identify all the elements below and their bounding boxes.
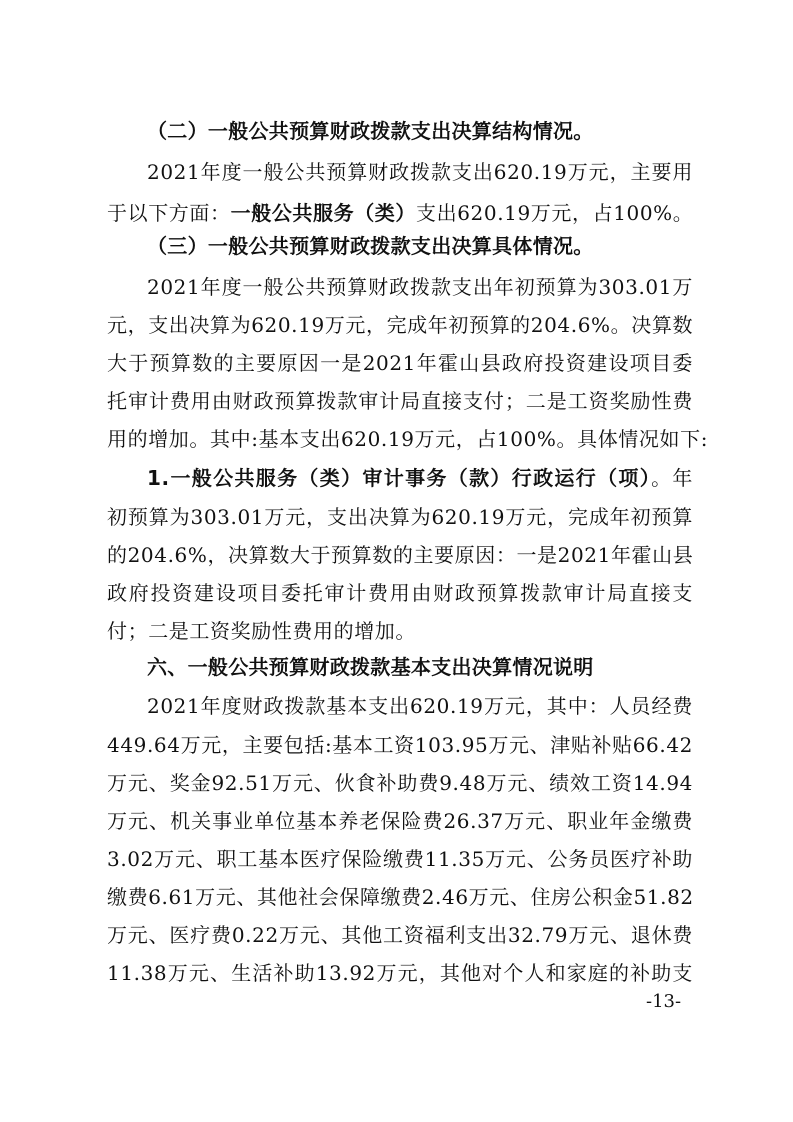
paragraph-line: 初预算为303.01万元，支出决算为620.19万元，完成年初预算 (107, 503, 693, 531)
paragraph-line: 付；二是工资奖励性费用的增加。 (107, 617, 693, 645)
paragraph-line: 万元、医疗费0.22万元、其他工资福利支出32.79万元、退休费 (107, 921, 693, 949)
section-heading-3: （三）一般公共预算财政拨款支出决算具体情况。 (147, 232, 693, 260)
paragraph-line: 万元、机关事业单位基本养老保险费26.37万元、职业年金缴费 (107, 807, 693, 835)
paragraph-line: 2021年度一般公共预算财政拨款支出年初预算为303.01万 (147, 273, 693, 301)
paragraph-line: 2021年度财政拨款基本支出620.19万元，其中：人员经费 (147, 692, 693, 720)
category-label: 一般公共服务（类） (231, 201, 416, 225)
paragraph-line: 11.38万元、生活补助13.92万元，其他对个人和家庭的补助支 (107, 959, 693, 987)
paragraph-line: 2021年度一般公共预算财政拨款支出620.19万元，主要用 (147, 158, 693, 186)
item-title-line: 1.一般公共服务（类）审计事务（款）行政运行（项）。年 (147, 464, 693, 492)
paragraph-line: 缴费6.61万元、其他社会保障缴费2.46万元、住房公积金51.82 (107, 883, 693, 911)
section-heading-6: 六、一般公共预算财政拨款基本支出决算情况说明 (147, 653, 693, 681)
paragraph-line: 万元、奖金92.51万元、伙食补助费9.48万元、绩效工资14.94 (107, 769, 693, 797)
document-page: （二）一般公共预算财政拨款支出决算结构情况。 2021年度一般公共预算财政拨款支… (0, 0, 793, 1122)
paragraph-line: 政府投资建设项目委托审计费用由财政预算拨款审计局直接支 (107, 579, 693, 607)
paragraph-line: 449.64万元，主要包括:基本工资103.95万元、津贴补贴66.42 (107, 731, 693, 759)
page-number: -13- (646, 990, 681, 1014)
text-span: 。年 (651, 466, 693, 490)
paragraph-line: 托审计费用由财政预算拨款审计局直接支付；二是工资奖励性费 (107, 387, 693, 415)
text-span: 于以下方面： (107, 201, 231, 225)
section-heading-2: （二）一般公共预算财政拨款支出决算结构情况。 (147, 117, 693, 145)
paragraph-line: 大于预算数的主要原因一是2021年霍山县政府投资建设项目委 (107, 349, 693, 377)
paragraph-line: 元，支出决算为620.19万元，完成年初预算的204.6%。决算数 (107, 311, 693, 339)
paragraph-line: 用的增加。其中:基本支出620.19万元，占100%。具体情况如下: (107, 425, 693, 453)
text-span: 支出620.19万元，占100%。 (416, 201, 693, 225)
paragraph-line: 3.02万元、职工基本医疗保险缴费11.35万元、公务员医疗补助 (107, 845, 693, 873)
item-title: 1.一般公共服务（类）审计事务（款）行政运行（项） (147, 466, 651, 490)
paragraph-line: 的204.6%，决算数大于预算数的主要原因：一是2021年霍山县 (107, 541, 693, 569)
paragraph-line: 于以下方面：一般公共服务（类）支出620.19万元，占100%。 (107, 199, 693, 227)
